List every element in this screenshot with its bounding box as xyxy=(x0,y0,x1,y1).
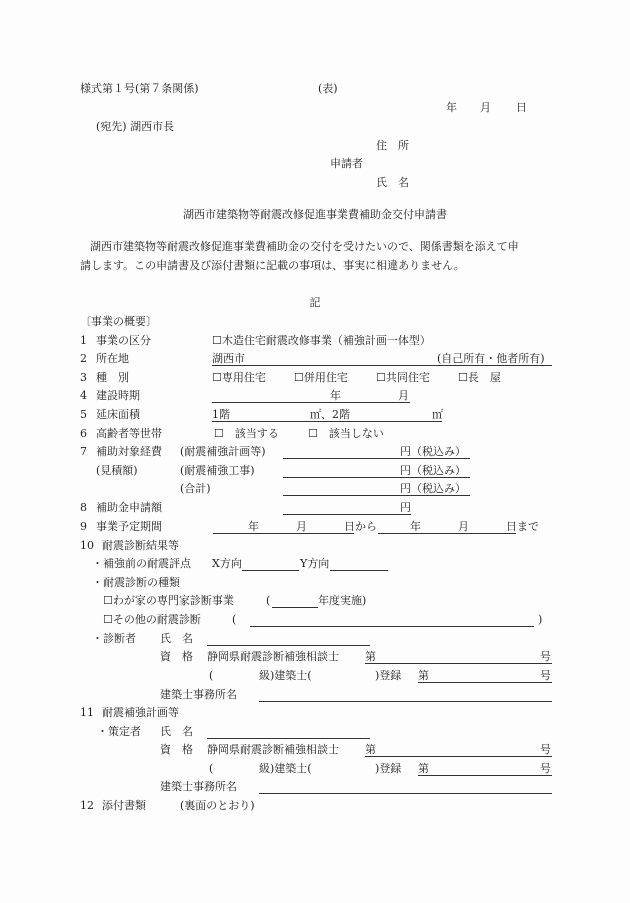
plan-registration: )登録 xyxy=(375,762,401,775)
applicant-label: 申請者 xyxy=(330,157,363,170)
checkbox-other-diagnosis[interactable]: ☐その他の耐震診断 xyxy=(103,613,201,626)
plan-name-input-line[interactable] xyxy=(207,738,370,739)
start-month-unit: 月 xyxy=(296,520,307,533)
diagnosis-type-label: ・耐震診断の種類 xyxy=(92,576,180,589)
ki-heading: 記 xyxy=(0,296,630,309)
y-direction-input-line[interactable] xyxy=(330,570,388,571)
start-day-unit: 日から xyxy=(344,520,377,533)
intro-line-2: 請します。この申請書及び添付書類に記載の事項は、事実に相違ありません。 xyxy=(80,259,465,272)
diag-go: 号 xyxy=(540,650,551,663)
diagnostician-label: ・診断者 xyxy=(92,632,136,645)
construction-date-input-line[interactable] xyxy=(212,402,410,403)
item-number: 4 xyxy=(80,389,87,402)
cost-plan-label: (耐震補強計画等) xyxy=(180,445,266,458)
diag-name-label: 氏 名 xyxy=(160,632,193,645)
plan-office-label: 建築士事務所名 xyxy=(160,780,237,793)
diag-registration: )登録 xyxy=(375,669,401,682)
date-month: 月 xyxy=(480,101,491,114)
plan-consultant-number-line[interactable] xyxy=(365,756,552,757)
item-number: 2 xyxy=(80,352,87,365)
diag-consultant-number-line[interactable] xyxy=(365,663,552,664)
cost-plan-unit: 円（税込み） xyxy=(400,445,466,458)
pre-retrofit-score-label: ・補強前の耐震評点 xyxy=(92,557,191,570)
diag-office-label: 建築士事務所名 xyxy=(160,688,237,701)
floor1-label: 1階 xyxy=(212,408,230,421)
diag-grade-paren: ( xyxy=(209,669,213,682)
diag-name-input-line[interactable] xyxy=(207,645,370,646)
diag-office-input-line[interactable] xyxy=(259,701,552,702)
item-number: 5 xyxy=(80,408,87,421)
floor2-unit: ㎡ xyxy=(432,408,443,421)
item-sublabel-estimate: (見積額) xyxy=(96,464,138,477)
item-number: 8 xyxy=(80,501,87,514)
start-year-unit: 年 xyxy=(248,520,259,533)
item-number: 7 xyxy=(80,445,87,458)
checkbox-dedicated-house[interactable]: ☐専用住宅 xyxy=(212,371,266,384)
construction-month-unit: 月 xyxy=(398,389,409,402)
item-label-floor-area: 延床面積 xyxy=(96,408,140,421)
fiscal-year-suffix: 年度実施) xyxy=(318,594,366,607)
end-year-unit: 年 xyxy=(410,520,421,533)
item-label-grant-amount: 補助金申請額 xyxy=(96,501,162,514)
item-label-retrofit-plan: 耐震補強計画等 xyxy=(102,706,179,719)
checkbox-wooden-retrofit[interactable]: ☐木造住宅耐震改修事業（補強計画一体型） xyxy=(212,334,431,347)
start-date-input-line[interactable] xyxy=(213,533,354,534)
plan-registration-number-line[interactable] xyxy=(418,775,552,776)
plan-name-label: 氏 名 xyxy=(160,725,193,738)
attachments-note: (裏面のとおり) xyxy=(180,799,255,812)
item-label-diagnosis: 耐震診断結果等 xyxy=(102,539,179,552)
item-label-schedule: 事業予定期間 xyxy=(96,520,162,533)
item-label-attachments: 添付書類 xyxy=(102,799,146,812)
cost-total-unit: 円（税込み） xyxy=(400,482,466,495)
plan-reg-dai: 第 xyxy=(418,762,429,775)
address-label: 住 所 xyxy=(376,139,409,152)
paren-close: ) xyxy=(538,613,542,626)
item-label-construction-date: 建設時期 xyxy=(96,389,140,402)
addressee: (宛先) 湖西市長 xyxy=(96,120,174,133)
checkbox-shared-house[interactable]: ☐共同住宅 xyxy=(376,371,430,384)
diag-architect-grade: 級)建築士( xyxy=(259,669,312,682)
diag-registration-number-line[interactable] xyxy=(418,682,552,683)
x-direction-label: X方向 xyxy=(212,557,242,570)
form-side: (表) xyxy=(318,82,338,95)
cost-plan-input-line[interactable] xyxy=(283,458,470,459)
plan-office-input-line[interactable] xyxy=(259,793,552,794)
item-number: 10 xyxy=(80,539,94,552)
checkbox-not-applicable[interactable]: ☐ 該当しない xyxy=(308,427,384,440)
cost-total-input-line[interactable] xyxy=(283,495,470,496)
floor-area-input-line[interactable] xyxy=(212,421,442,422)
y-direction-label: Y方向 xyxy=(300,557,329,570)
ownership-options[interactable]: (自己所有・他者所有) xyxy=(437,352,545,365)
date-year: 年 xyxy=(446,101,457,114)
cost-work-unit: 円（税込み） xyxy=(400,464,466,477)
plan-go: 号 xyxy=(540,743,551,756)
diag-reg-dai: 第 xyxy=(418,669,429,682)
item-number: 6 xyxy=(80,427,87,440)
plan-architect-grade: 級)建築士( xyxy=(259,762,312,775)
section-label: 〔事業の概要〕 xyxy=(80,315,157,328)
diag-qual-label: 資 格 xyxy=(160,650,193,663)
location-input-line[interactable] xyxy=(212,365,552,366)
item-number: 1 xyxy=(80,334,87,347)
name-label: 氏 名 xyxy=(376,176,409,189)
end-date-input-line[interactable] xyxy=(378,533,516,534)
paren-open: ( xyxy=(232,613,236,626)
checkbox-row-house[interactable]: ☐長 屋 xyxy=(458,371,501,384)
plan-grade-paren: ( xyxy=(209,762,213,775)
form-number: 様式第１号(第７条関係) xyxy=(80,82,199,95)
plan-reg-go: 号 xyxy=(540,762,551,775)
cost-work-label: (耐震補強工事) xyxy=(180,464,255,477)
cost-work-input-line[interactable] xyxy=(283,477,470,478)
planner-label: ・策定者 xyxy=(97,725,141,738)
plan-dai: 第 xyxy=(365,743,376,756)
item-number: 3 xyxy=(80,371,87,384)
fiscal-year-input-line[interactable] xyxy=(272,607,318,608)
item-label-location: 所在地 xyxy=(96,352,129,365)
location-city: 湖西市 xyxy=(212,352,245,365)
plan-shizuoka-consultant: 静岡県耐震診断補強相談士 xyxy=(207,743,339,756)
item-number: 11 xyxy=(80,706,94,719)
intro-line-1: 湖西市建築物等耐震改修促進事業費補助金の交付を受けたいので、関係書類を添えて申 xyxy=(90,240,519,253)
diag-dai: 第 xyxy=(365,650,376,663)
grant-amount-unit: 円 xyxy=(400,501,411,514)
item-number: 12 xyxy=(80,799,94,812)
item-label-eligible-cost: 補助対象経費 xyxy=(96,445,162,458)
floor1-unit: ㎡、2階 xyxy=(310,408,350,421)
other-diagnosis-input-line[interactable] xyxy=(250,626,534,627)
end-month-unit: 月 xyxy=(458,520,469,533)
x-direction-input-line[interactable] xyxy=(242,570,299,571)
checkbox-applicable[interactable]: ☐ 該当する xyxy=(214,427,279,440)
date-day: 日 xyxy=(516,101,527,114)
construction-year-unit: 年 xyxy=(330,389,341,402)
item-label-project-category: 事業の区分 xyxy=(96,334,151,347)
end-day-unit: 日まで xyxy=(506,520,539,533)
cost-total-label: (合計) xyxy=(180,482,211,495)
diag-shizuoka-consultant: 静岡県耐震診断補強相談士 xyxy=(207,650,339,663)
checkbox-expert-diagnosis[interactable]: ☐わが家の専門家診断事業 xyxy=(103,594,234,607)
document-title: 湖西市建築物等耐震改修促進事業費補助金交付申請書 xyxy=(0,208,630,221)
item-label-elderly-household: 高齢者等世帯 xyxy=(96,427,162,440)
diag-reg-go: 号 xyxy=(540,669,551,682)
checkbox-combined-house[interactable]: ☐併用住宅 xyxy=(294,371,348,384)
grant-amount-input-line[interactable] xyxy=(283,514,411,515)
plan-qual-label: 資 格 xyxy=(160,743,193,756)
paren-open: ( xyxy=(266,594,270,607)
item-number: 9 xyxy=(80,520,87,533)
item-label-type: 種 別 xyxy=(96,371,129,384)
